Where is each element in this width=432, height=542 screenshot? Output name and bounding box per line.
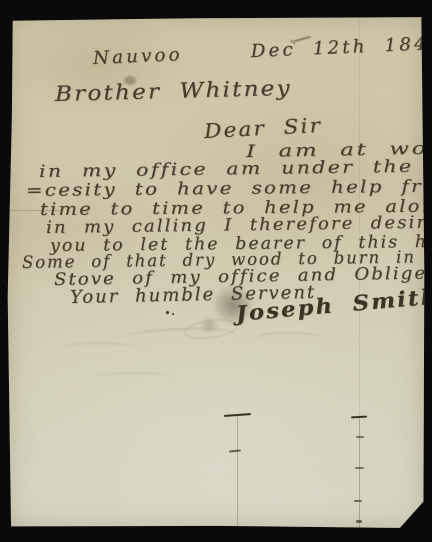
fold-ink-dash bbox=[229, 449, 241, 452]
fold-ink-dash bbox=[355, 467, 364, 469]
fold-ink-dash bbox=[354, 500, 362, 502]
show-through-mark bbox=[254, 332, 324, 346]
fold-ink-dash bbox=[351, 416, 367, 419]
letter-salutation: Brother Whitney bbox=[55, 78, 292, 105]
fold-ink-dash bbox=[356, 520, 362, 523]
letter-paper: Nauvoo Dec 12th 1840 Brother Whitney Dea… bbox=[6, 12, 426, 530]
letter-greeting: Dear Sir bbox=[203, 115, 322, 141]
show-through-mark bbox=[124, 326, 236, 346]
fold-ink-dash bbox=[356, 436, 364, 438]
show-through-mark bbox=[64, 342, 136, 354]
vertical-fold-crease-center bbox=[237, 415, 238, 530]
letter-scan: Nauvoo Dec 12th 1840 Brother Whitney Dea… bbox=[0, 0, 432, 542]
ink-dots bbox=[166, 311, 176, 316]
vertical-fold-crease-right-lower bbox=[359, 415, 360, 527]
show-through-mark bbox=[94, 372, 174, 384]
letter-dateline: Nauvoo Dec 12th 1840 bbox=[93, 35, 432, 68]
